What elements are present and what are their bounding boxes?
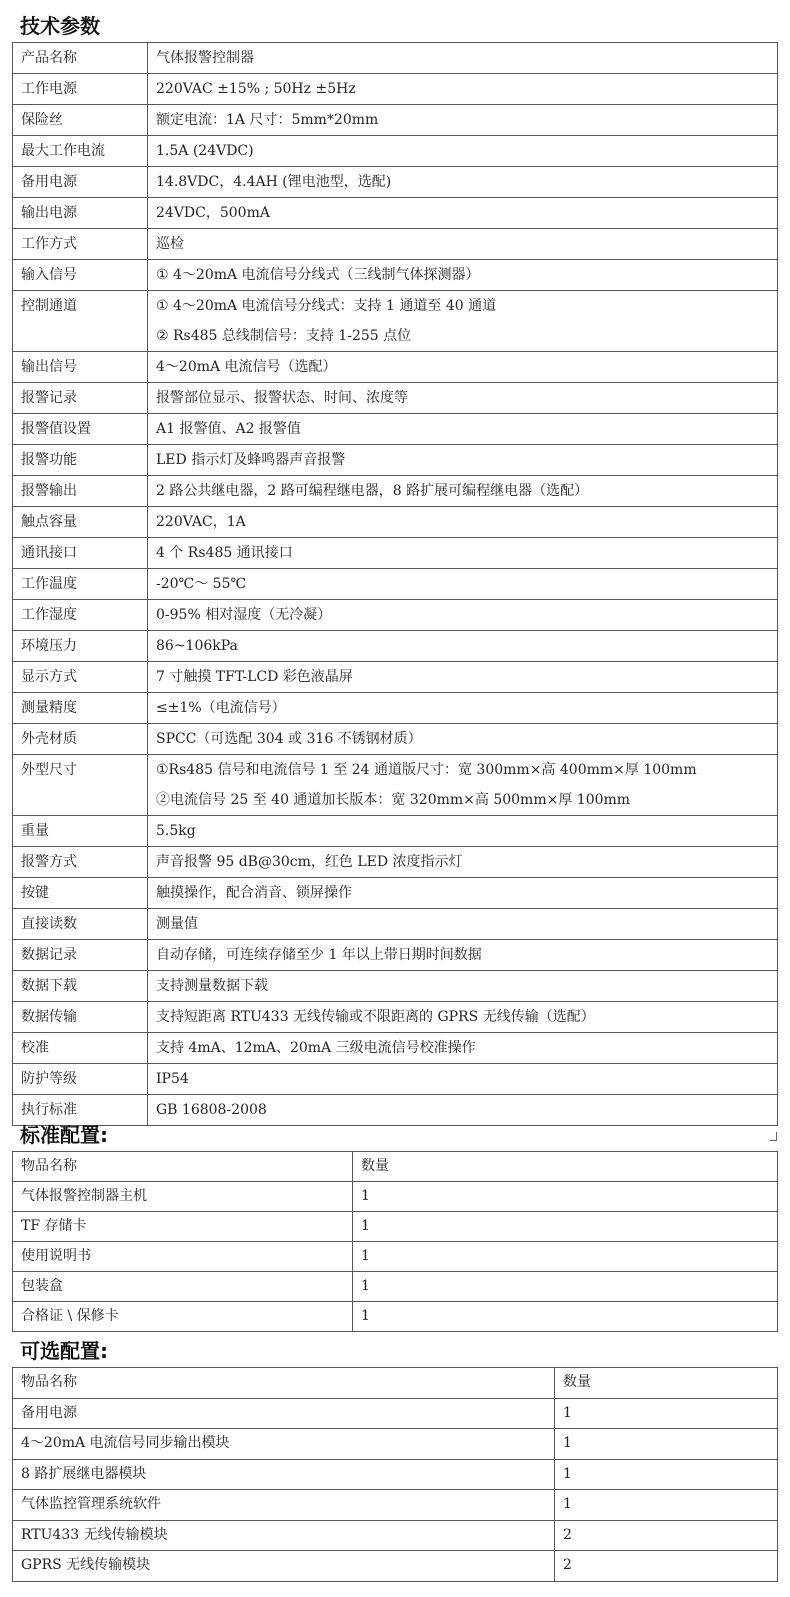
spec-value: 声音报警 95 dB@30cm，红色 LED 浓度指示灯 xyxy=(148,847,778,878)
spec-value-line: ②电流信号 25 至 40 通道加长版本：宽 320mm×高 500mm×厚 1… xyxy=(156,785,777,815)
spec-row: 报警记录报警部位显示、报警状态、时间、浓度等 xyxy=(13,383,778,414)
header-item-name: 物品名称 xyxy=(13,1368,555,1399)
table-row: 气体监控管理系统软件1 xyxy=(13,1490,778,1521)
spec-label: 按键 xyxy=(13,878,148,909)
quantity-cell: 1 xyxy=(353,1182,778,1212)
spec-row: 环境压力86~106kPa xyxy=(13,631,778,662)
spec-value-line: 巡检 xyxy=(156,229,777,259)
spec-label: 显示方式 xyxy=(13,662,148,693)
quantity-cell: 1 xyxy=(555,1459,778,1490)
spec-value-line: 4 个 Rs485 通讯接口 xyxy=(156,538,777,568)
spec-value-line: 支持 4mA、12mA、20mA 三级电流信号校准操作 xyxy=(156,1033,777,1063)
spec-label: 产品名称 xyxy=(13,43,148,74)
item-name-cell: 使用说明书 xyxy=(13,1242,353,1272)
spec-label-text: 产品名称 xyxy=(21,43,147,73)
item-name-cell: 气体报警控制器主机 xyxy=(13,1182,353,1212)
spec-value-line: 220VAC ±15% ; 50Hz ±5Hz xyxy=(156,74,777,104)
spec-value: 测量值 xyxy=(148,909,778,940)
item-name-cell: 气体监控管理系统软件 xyxy=(13,1490,555,1521)
spec-row: 校准支持 4mA、12mA、20mA 三级电流信号校准操作 xyxy=(13,1033,778,1064)
table-row: GPRS 无线传输模块2 xyxy=(13,1551,778,1582)
spec-value-line: 支持短距离 RTU433 无线传输或不限距离的 GPRS 无线传输（选配） xyxy=(156,1002,777,1032)
spec-label-text: 防护等级 xyxy=(21,1064,147,1094)
spec-label-text: 数据记录 xyxy=(21,940,147,970)
table-row: RTU433 无线传输模块2 xyxy=(13,1520,778,1551)
spec-value: 86~106kPa xyxy=(148,631,778,662)
spec-value: 额定电流：1A 尺寸：5mm*20mm xyxy=(148,105,778,136)
spec-value: LED 指示灯及蜂鸣器声音报警 xyxy=(148,445,778,476)
spec-label: 备用电源 xyxy=(13,167,148,198)
quantity-cell: 1 xyxy=(555,1429,778,1460)
spec-label-text: 输入信号 xyxy=(21,260,147,290)
spec-label: 输出电源 xyxy=(13,198,148,229)
spec-row: 保险丝额定电流：1A 尺寸：5mm*20mm xyxy=(13,105,778,136)
spec-row: 输入信号① 4～20mA 电流信号分线式（三线制气体探测器） xyxy=(13,260,778,291)
spec-label-text: 按键 xyxy=(21,878,147,908)
spec-label: 执行标准 xyxy=(13,1095,148,1126)
spec-row: 输出信号4～20mA 电流信号（选配） xyxy=(13,352,778,383)
spec-label-text: 工作电源 xyxy=(21,74,147,104)
spec-label: 工作湿度 xyxy=(13,600,148,631)
spec-value-line: ① 4～20mA 电流信号分线式（三线制气体探测器） xyxy=(156,260,777,290)
spec-row: 工作湿度0-95% 相对湿度（无冷凝） xyxy=(13,600,778,631)
spec-row: 报警方式声音报警 95 dB@30cm，红色 LED 浓度指示灯 xyxy=(13,847,778,878)
spec-label-text: 报警输出 xyxy=(21,476,147,506)
spec-label: 报警值设置 xyxy=(13,414,148,445)
spec-label: 数据记录 xyxy=(13,940,148,971)
spec-label: 数据下载 xyxy=(13,971,148,1002)
spec-row: 通讯接口4 个 Rs485 通讯接口 xyxy=(13,538,778,569)
spec-value-line: LED 指示灯及蜂鸣器声音报警 xyxy=(156,445,777,475)
spec-value-line: GB 16808-2008 xyxy=(156,1095,777,1125)
spec-label: 通讯接口 xyxy=(13,538,148,569)
spec-label-text: 工作方式 xyxy=(21,229,147,259)
spec-label: 数据传输 xyxy=(13,1002,148,1033)
spec-label-text: 环境压力 xyxy=(21,631,147,661)
spec-value: ① 4～20mA 电流信号分线式（三线制气体探测器） xyxy=(148,260,778,291)
item-name-cell: GPRS 无线传输模块 xyxy=(13,1551,555,1582)
spec-label: 报警输出 xyxy=(13,476,148,507)
header-quantity: 数量 xyxy=(353,1152,778,1182)
spec-row: 执行标准GB 16808-2008 xyxy=(13,1095,778,1126)
spec-row: 控制通道① 4～20mA 电流信号分线式：支持 1 通道至 40 通道② Rs4… xyxy=(13,291,778,352)
spec-label-text: 输出电源 xyxy=(21,198,147,228)
spec-label: 输入信号 xyxy=(13,260,148,291)
spec-value-line: 额定电流：1A 尺寸：5mm*20mm xyxy=(156,105,777,135)
spec-label: 最大工作电流 xyxy=(13,136,148,167)
spec-label-text: 数据传输 xyxy=(21,1002,147,1032)
spec-value-line: 1.5A (24VDC) xyxy=(156,136,777,166)
spec-label: 报警功能 xyxy=(13,445,148,476)
spec-label: 外壳材质 xyxy=(13,724,148,755)
spec-row: 外壳材质SPCC（可选配 304 或 316 不锈钢材质） xyxy=(13,724,778,755)
spec-value: ①Rs485 信号和电流信号 1 至 24 通道版尺寸：宽 300mm×高 40… xyxy=(148,755,778,816)
table-row: 气体报警控制器主机1 xyxy=(13,1182,778,1212)
spec-label: 保险丝 xyxy=(13,105,148,136)
spec-label-text: 最大工作电流 xyxy=(21,136,147,166)
item-name-cell: 包装盒 xyxy=(13,1272,353,1302)
item-name-cell: TF 存储卡 xyxy=(13,1212,353,1242)
spec-value-line: A1 报警值、A2 报警值 xyxy=(156,414,777,444)
quantity-cell: 1 xyxy=(555,1398,778,1429)
spec-value-line: 支持测量数据下载 xyxy=(156,971,777,1001)
spec-value: 触摸操作，配合消音、锁屏操作 xyxy=(148,878,778,909)
spec-value-line: 7 寸触摸 TFT-LCD 彩色液晶屏 xyxy=(156,662,777,692)
spec-label-text: 报警值设置 xyxy=(21,414,147,444)
spec-value-line: 自动存储，可连续存储至少 1 年以上带日期时间数据 xyxy=(156,940,777,970)
spec-row: 报警输出2 路公共继电器，2 路可编程继电器，8 路扩展可编程继电器（选配） xyxy=(13,476,778,507)
spec-label: 校准 xyxy=(13,1033,148,1064)
spec-value-line: 220VAC，1A xyxy=(156,507,777,537)
spec-label-text: 触点容量 xyxy=(21,507,147,537)
spec-value: IP54 xyxy=(148,1064,778,1095)
spec-value-line: IP54 xyxy=(156,1064,777,1094)
item-name-cell: 备用电源 xyxy=(13,1398,555,1429)
spec-row: 产品名称气体报警控制器 xyxy=(13,43,778,74)
spec-label-text: 外型尺寸 xyxy=(21,755,147,785)
spec-value-line: ① 4～20mA 电流信号分线式：支持 1 通道至 40 通道 xyxy=(156,291,777,321)
spec-label-text: 显示方式 xyxy=(21,662,147,692)
spec-value-line: 0-95% 相对湿度（无冷凝） xyxy=(156,600,777,630)
spec-label-text: 报警记录 xyxy=(21,383,147,413)
quantity-cell: 2 xyxy=(555,1520,778,1551)
spec-label-text: 工作温度 xyxy=(21,569,147,599)
spec-value-line: -20℃～ 55℃ xyxy=(156,569,777,599)
table-row: 备用电源1 xyxy=(13,1398,778,1429)
spec-label-text: 工作湿度 xyxy=(21,600,147,630)
item-name-cell: RTU433 无线传输模块 xyxy=(13,1520,555,1551)
spec-label-text: 报警功能 xyxy=(21,445,147,475)
spec-label-text: 执行标准 xyxy=(21,1095,147,1125)
spec-value: 24VDC，500mA xyxy=(148,198,778,229)
spec-label: 防护等级 xyxy=(13,1064,148,1095)
spec-value: 1.5A (24VDC) xyxy=(148,136,778,167)
spec-value: 4～20mA 电流信号（选配） xyxy=(148,352,778,383)
spec-value-line: 4～20mA 电流信号（选配） xyxy=(156,352,777,382)
spec-row: 报警值设置A1 报警值、A2 报警值 xyxy=(13,414,778,445)
spec-value-line: 气体报警控制器 xyxy=(156,43,777,73)
spec-row: 外型尺寸①Rs485 信号和电流信号 1 至 24 通道版尺寸：宽 300mm×… xyxy=(13,755,778,816)
item-name-cell: 4～20mA 电流信号同步输出模块 xyxy=(13,1429,555,1460)
spec-value-line: 声音报警 95 dB@30cm，红色 LED 浓度指示灯 xyxy=(156,847,777,877)
spec-label-text: 数据下载 xyxy=(21,971,147,1001)
item-name-cell: 合格证 \ 保修卡 xyxy=(13,1302,353,1332)
item-name-cell: 8 路扩展继电器模块 xyxy=(13,1459,555,1490)
spec-label: 工作电源 xyxy=(13,74,148,105)
spec-value: GB 16808-2008 xyxy=(148,1095,778,1126)
standard-config-title: 标准配置: xyxy=(20,1123,108,1147)
spec-label-text: 通讯接口 xyxy=(21,538,147,568)
spec-row: 重量5.5kg xyxy=(13,816,778,847)
table-row: 使用说明书1 xyxy=(13,1242,778,1272)
spec-value-line: 2 路公共继电器，2 路可编程继电器，8 路扩展可编程继电器（选配） xyxy=(156,476,777,506)
spec-label: 报警记录 xyxy=(13,383,148,414)
spec-value-line: 86~106kPa xyxy=(156,631,777,661)
spec-label: 输出信号 xyxy=(13,352,148,383)
table-header-row: 物品名称 数量 xyxy=(13,1368,778,1399)
table-row: TF 存储卡1 xyxy=(13,1212,778,1242)
spec-row: 工作电源220VAC ±15% ; 50Hz ±5Hz xyxy=(13,74,778,105)
table-row: 合格证 \ 保修卡1 xyxy=(13,1302,778,1332)
spec-row: 数据传输支持短距离 RTU433 无线传输或不限距离的 GPRS 无线传输（选配… xyxy=(13,1002,778,1033)
spec-value: 220VAC ±15% ; 50Hz ±5Hz xyxy=(148,74,778,105)
spec-value: ≤±1%（电流信号） xyxy=(148,693,778,724)
spec-label-text: 报警方式 xyxy=(21,847,147,877)
table-row: 包装盒1 xyxy=(13,1272,778,1302)
spec-value: 支持 4mA、12mA、20mA 三级电流信号校准操作 xyxy=(148,1033,778,1064)
spec-row: 数据记录自动存储，可连续存储至少 1 年以上带日期时间数据 xyxy=(13,940,778,971)
spec-value: 0-95% 相对湿度（无冷凝） xyxy=(148,600,778,631)
spec-label-text: 重量 xyxy=(21,816,147,846)
spec-label: 外型尺寸 xyxy=(13,755,148,816)
spec-value-line: 14.8VDC，4.4AH (锂电池型，选配) xyxy=(156,167,777,197)
spec-row: 数据下载支持测量数据下载 xyxy=(13,971,778,1002)
spec-value: 支持短距离 RTU433 无线传输或不限距离的 GPRS 无线传输（选配） xyxy=(148,1002,778,1033)
spec-label: 工作方式 xyxy=(13,229,148,260)
spec-label: 控制通道 xyxy=(13,291,148,352)
spec-value-line: 测量值 xyxy=(156,909,777,939)
spec-label: 直接读数 xyxy=(13,909,148,940)
spec-row: 输出电源24VDC，500mA xyxy=(13,198,778,229)
spec-row: 报警功能LED 指示灯及蜂鸣器声音报警 xyxy=(13,445,778,476)
spec-value: 巡检 xyxy=(148,229,778,260)
spec-value: 报警部位显示、报警状态、时间、浓度等 xyxy=(148,383,778,414)
quantity-cell: 1 xyxy=(353,1242,778,1272)
spec-value: -20℃～ 55℃ xyxy=(148,569,778,600)
spec-label: 触点容量 xyxy=(13,507,148,538)
quantity-cell: 1 xyxy=(353,1212,778,1242)
spec-value: SPCC（可选配 304 或 316 不锈钢材质） xyxy=(148,724,778,755)
spec-table: 产品名称气体报警控制器工作电源220VAC ±15% ; 50Hz ±5Hz保险… xyxy=(12,42,778,1126)
spec-value: 自动存储，可连续存储至少 1 年以上带日期时间数据 xyxy=(148,940,778,971)
spec-label: 环境压力 xyxy=(13,631,148,662)
spec-value-line: ≤±1%（电流信号） xyxy=(156,693,777,723)
standard-config-table: 物品名称 数量 气体报警控制器主机1TF 存储卡1使用说明书1包装盒1合格证 \… xyxy=(12,1151,778,1332)
spec-label-text: 控制通道 xyxy=(21,291,147,321)
spec-section-title: 技术参数 xyxy=(20,14,100,38)
spec-row: 直接读数测量值 xyxy=(13,909,778,940)
spec-value: 支持测量数据下载 xyxy=(148,971,778,1002)
spec-value: 2 路公共继电器，2 路可编程继电器，8 路扩展可编程继电器（选配） xyxy=(148,476,778,507)
spec-label-text: 备用电源 xyxy=(21,167,147,197)
spec-label-text: 测量精度 xyxy=(21,693,147,723)
spec-row: 触点容量220VAC，1A xyxy=(13,507,778,538)
spec-value-line: 报警部位显示、报警状态、时间、浓度等 xyxy=(156,383,777,413)
spec-label-text: 校准 xyxy=(21,1033,147,1063)
optional-config-table: 物品名称 数量 备用电源14～20mA 电流信号同步输出模块18 路扩展继电器模… xyxy=(12,1367,778,1582)
spec-value-line: SPCC（可选配 304 或 316 不锈钢材质） xyxy=(156,724,777,754)
spec-value: A1 报警值、A2 报警值 xyxy=(148,414,778,445)
spec-value-line: ② Rs485 总线制信号：支持 1-255 点位 xyxy=(156,321,777,351)
table-header-row: 物品名称 数量 xyxy=(13,1152,778,1182)
spec-row: 工作温度-20℃～ 55℃ xyxy=(13,569,778,600)
spec-label-text: 输出信号 xyxy=(21,352,147,382)
quantity-cell: 1 xyxy=(353,1302,778,1332)
spec-label: 报警方式 xyxy=(13,847,148,878)
table-row: 4～20mA 电流信号同步输出模块1 xyxy=(13,1429,778,1460)
spec-value: 7 寸触摸 TFT-LCD 彩色液晶屏 xyxy=(148,662,778,693)
quantity-cell: 1 xyxy=(353,1272,778,1302)
spec-value: 220VAC，1A xyxy=(148,507,778,538)
table-row: 8 路扩展继电器模块1 xyxy=(13,1459,778,1490)
spec-value: 4 个 Rs485 通讯接口 xyxy=(148,538,778,569)
quantity-cell: 2 xyxy=(555,1551,778,1582)
header-quantity: 数量 xyxy=(555,1368,778,1399)
spec-value: 5.5kg xyxy=(148,816,778,847)
spec-row: 最大工作电流1.5A (24VDC) xyxy=(13,136,778,167)
spec-row: 按键触摸操作，配合消音、锁屏操作 xyxy=(13,878,778,909)
spec-label: 工作温度 xyxy=(13,569,148,600)
spec-row: 防护等级IP54 xyxy=(13,1064,778,1095)
spec-label: 重量 xyxy=(13,816,148,847)
spec-value-line: ①Rs485 信号和电流信号 1 至 24 通道版尺寸：宽 300mm×高 40… xyxy=(156,755,777,785)
spec-row: 显示方式7 寸触摸 TFT-LCD 彩色液晶屏 xyxy=(13,662,778,693)
spec-value-line: 触摸操作，配合消音、锁屏操作 xyxy=(156,878,777,908)
spec-row: 测量精度≤±1%（电流信号） xyxy=(13,693,778,724)
spec-value: ① 4～20mA 电流信号分线式：支持 1 通道至 40 通道② Rs485 总… xyxy=(148,291,778,352)
spec-value-line: 5.5kg xyxy=(156,816,777,846)
spec-label-text: 保险丝 xyxy=(21,105,147,135)
spec-row: 工作方式巡检 xyxy=(13,229,778,260)
spec-label: 测量精度 xyxy=(13,693,148,724)
quantity-cell: 1 xyxy=(555,1490,778,1521)
optional-config-title: 可选配置: xyxy=(20,1339,108,1363)
spec-value-line: 24VDC，500mA xyxy=(156,198,777,228)
spec-label-text: 外壳材质 xyxy=(21,724,147,754)
spec-value: 气体报警控制器 xyxy=(148,43,778,74)
corner-mark xyxy=(770,1132,777,1141)
spec-value: 14.8VDC，4.4AH (锂电池型，选配) xyxy=(148,167,778,198)
spec-row: 备用电源14.8VDC，4.4AH (锂电池型，选配) xyxy=(13,167,778,198)
header-item-name: 物品名称 xyxy=(13,1152,353,1182)
spec-label-text: 直接读数 xyxy=(21,909,147,939)
